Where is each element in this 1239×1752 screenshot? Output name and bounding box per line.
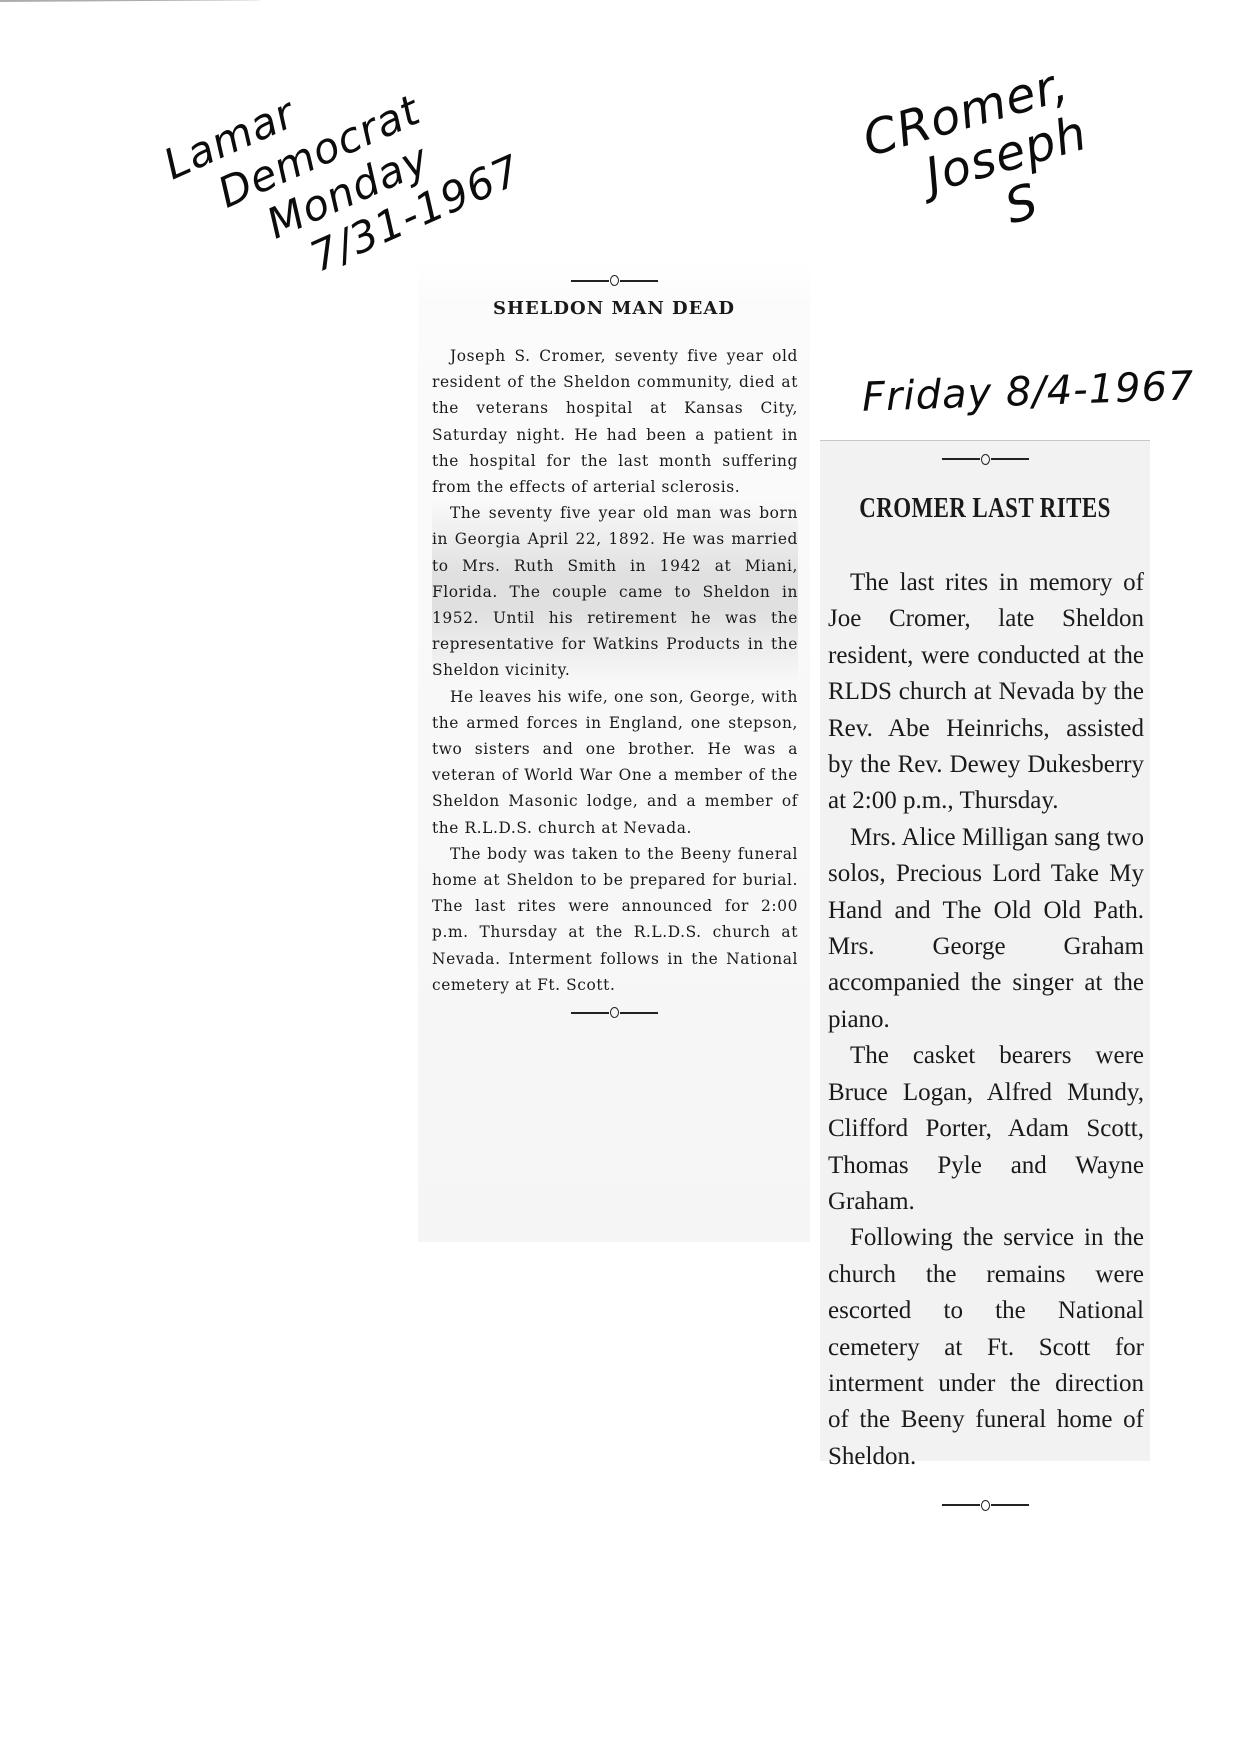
clipping-sheldon-man-dead: SHELDON MAN DEAD Joseph S. Cromer, seven… [418,262,810,1242]
handwritten-date-friday: Friday 8/4-1967 [861,366,1195,418]
clipping-headline: CROMER LAST RITES [850,493,1121,525]
handwritten-subject-name: CRomer, Joseph S [858,59,1108,268]
paragraph: The casket bearers were Bruce Logan, Alf… [828,1038,1144,1220]
clipping-body: Joseph S. Cromer, seventy five year old … [432,343,798,998]
paragraph: Following the service in the church the … [828,1220,1144,1475]
paragraph: The last rites in memory of Joe Cromer, … [828,565,1144,820]
paragraph: Mrs. Alice Milligan sang two solos, Prec… [828,820,1144,1038]
clipping-headline: SHELDON MAN DEAD [418,298,810,319]
ornament-divider [820,1497,1150,1513]
ornament-divider [418,1004,810,1020]
clipping-cromer-last-rites: CROMER LAST RITES The last rites in memo… [820,440,1150,1461]
paragraph: The body was taken to the Beeny funeral … [432,841,798,998]
ornament-divider [820,451,1150,467]
paragraph: The seventy five year old man was born i… [432,500,798,683]
ornament-divider [418,272,810,288]
paragraph: Joseph S. Cromer, seventy five year old … [432,343,798,500]
scan-edge-line [0,0,260,2]
paragraph: He leaves his wife, one son, George, wit… [432,684,798,841]
clipping-body: The last rites in memory of Joe Cromer, … [828,565,1144,1475]
